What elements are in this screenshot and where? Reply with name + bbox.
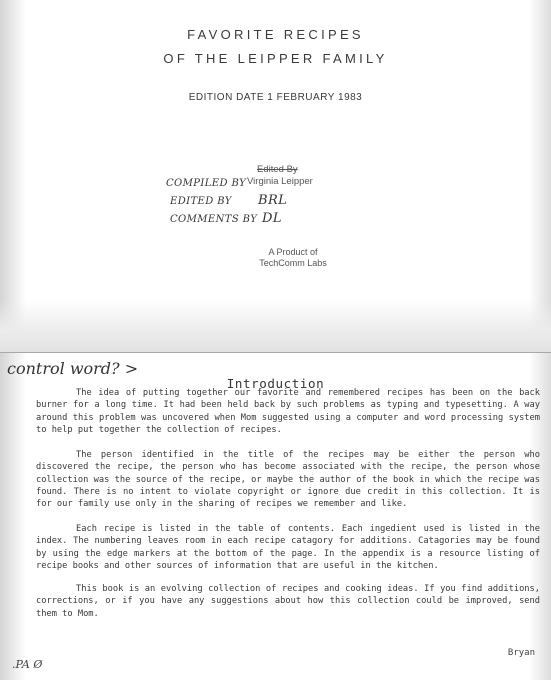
handwritten-page-mark: .PA Ø (12, 658, 42, 671)
product-credit: A Product of TechComm Labs (228, 247, 358, 269)
product-line-2: TechComm Labs (228, 258, 358, 269)
page-fold-shadow (0, 300, 551, 352)
intro-paragraph-1: The idea of putting together our favorit… (36, 387, 540, 436)
title-line-2: OF THE LEIPPER FAMILY (0, 51, 551, 66)
signature: Bryan (508, 648, 535, 658)
compiled-by-label: COMPILED BY (166, 178, 246, 189)
intro-paragraph-4: This book is an evolving collection of r… (36, 583, 540, 620)
product-line-1: A Product of (228, 247, 358, 258)
edited-by-label: EDITED BY (170, 196, 232, 207)
intro-paragraph-2: The person identified in the title of th… (36, 449, 540, 510)
scanned-document-page: FAVORITE RECIPES OF THE LEIPPER FAMILY E… (0, 0, 551, 680)
compiled-by-name: Virginia Leipper (247, 176, 313, 187)
comments-by-name: DL (262, 211, 282, 226)
edition-date: EDITION DATE 1 FEBRUARY 1983 (0, 92, 551, 103)
comments-by-label: COMMENTS BY (170, 214, 257, 225)
struck-edited-by: Edited By (257, 164, 298, 175)
page-fold-line (0, 352, 551, 353)
intro-paragraph-3: Each recipe is listed in the table of co… (36, 523, 540, 572)
edited-by-name: BRL (258, 193, 287, 208)
title-line-1: FAVORITE RECIPES (0, 27, 551, 42)
